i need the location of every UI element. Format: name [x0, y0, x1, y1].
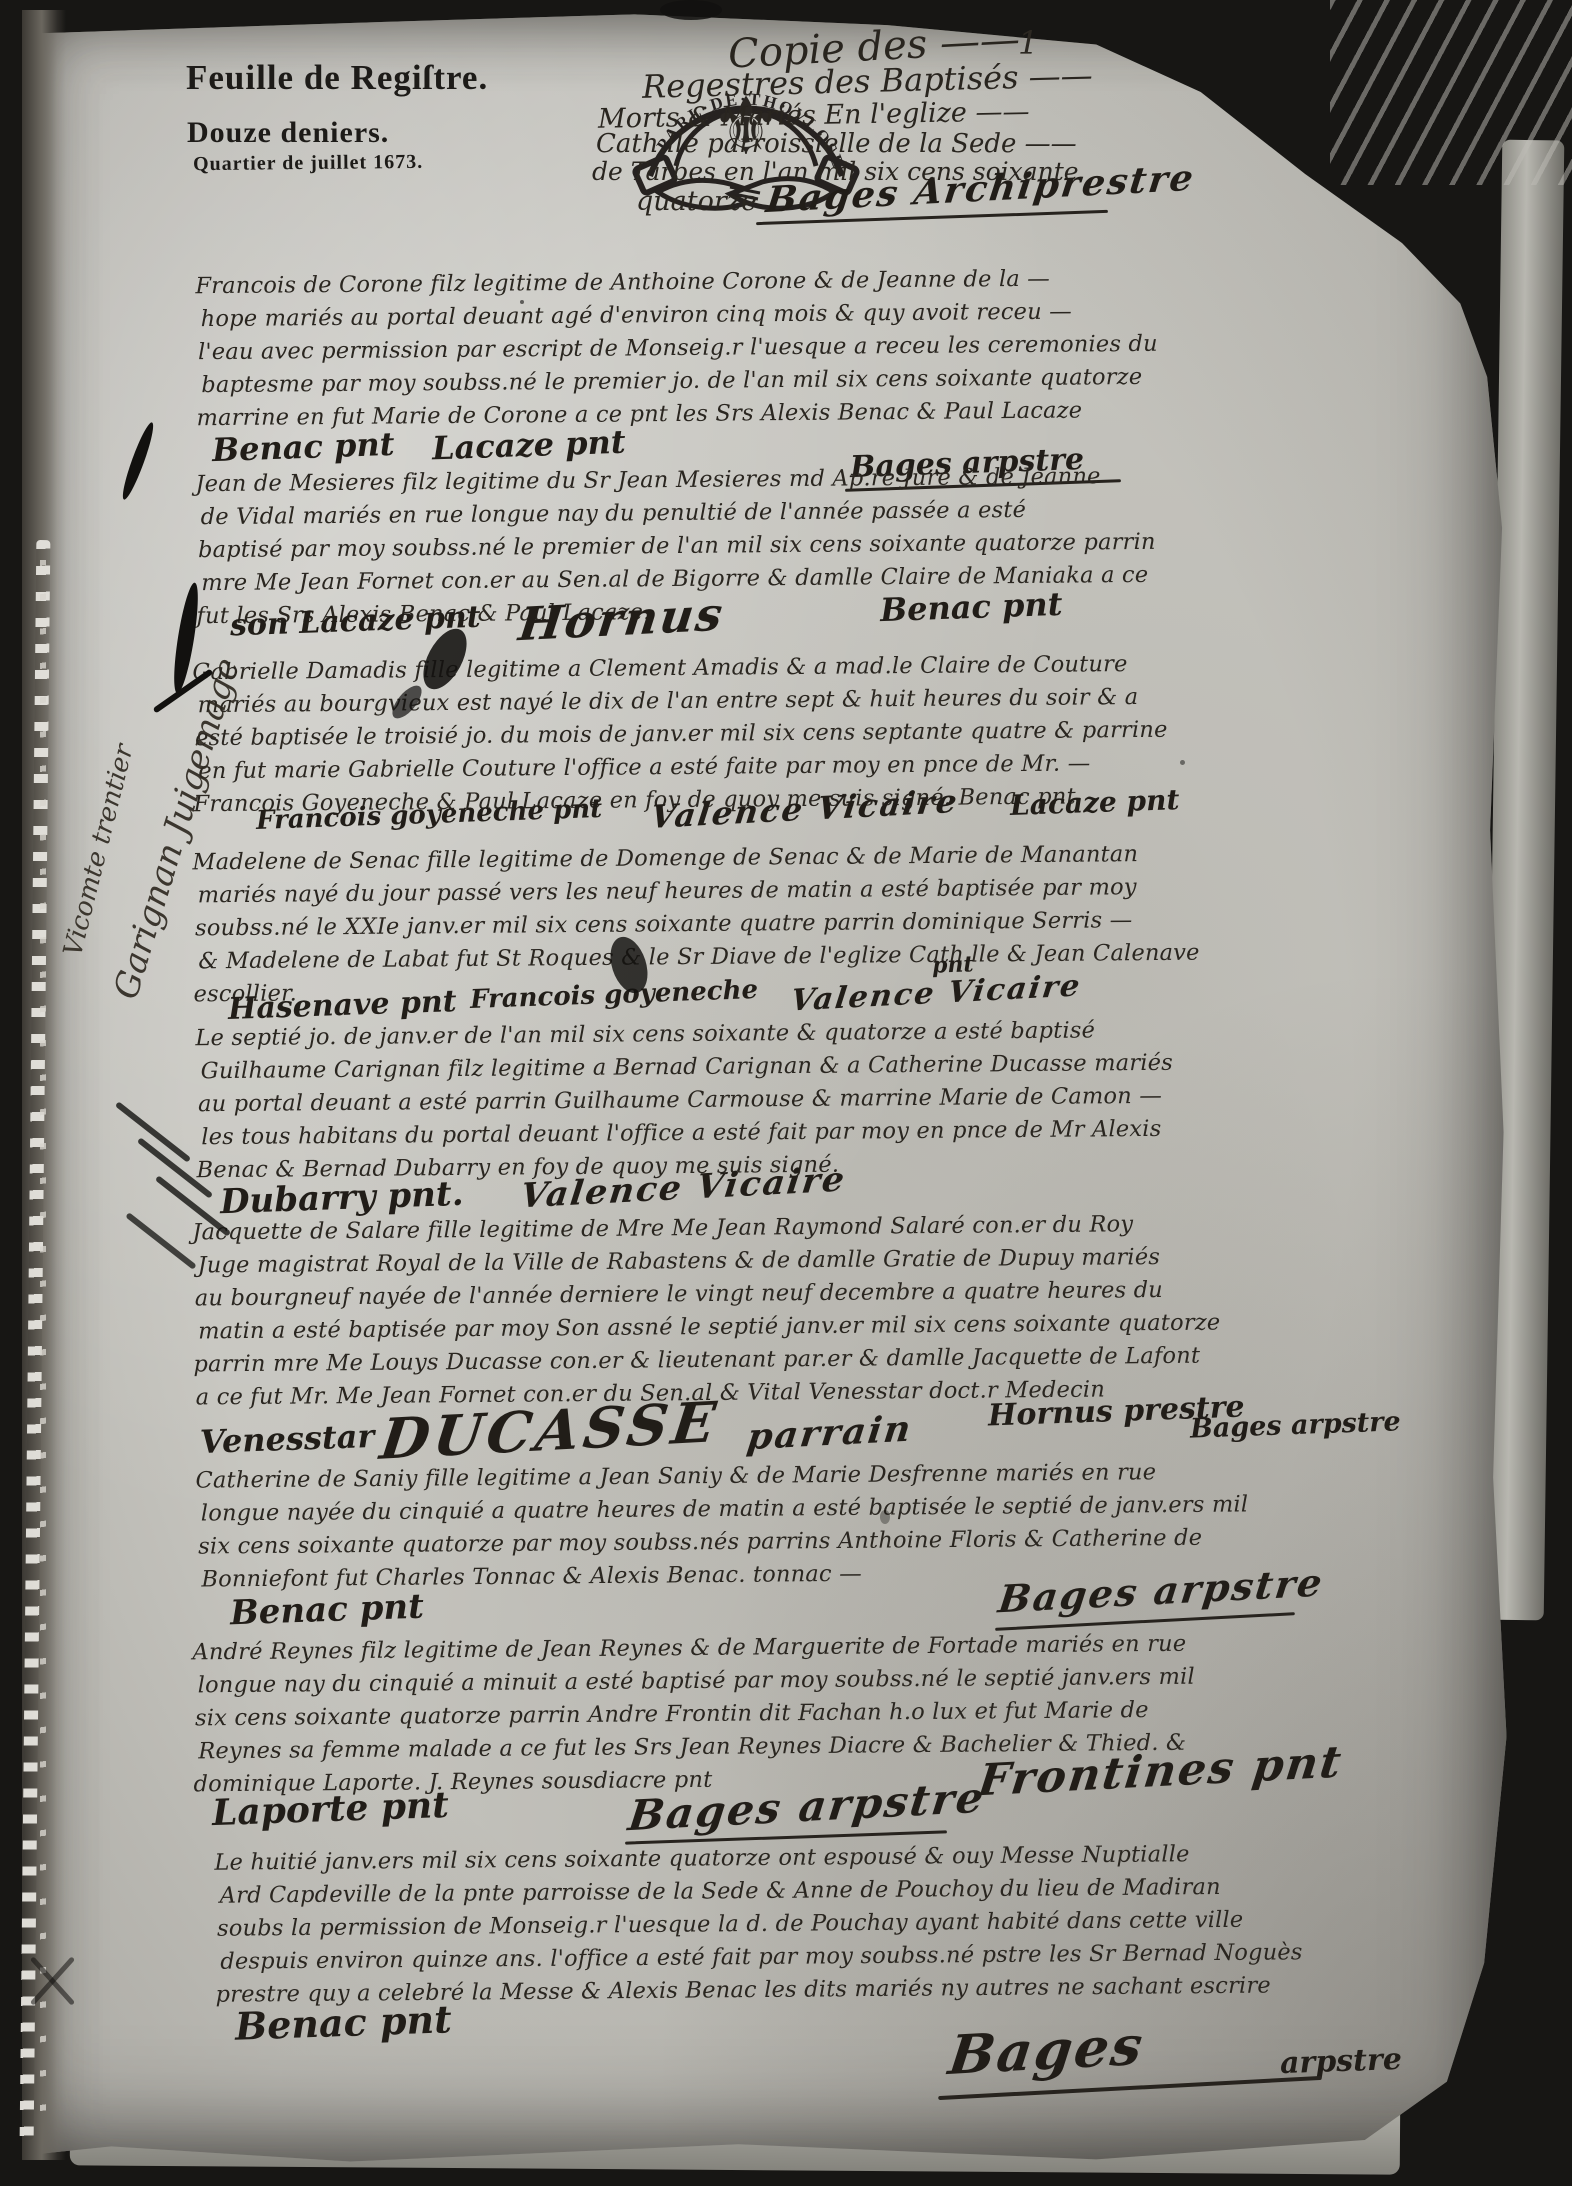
ink-speck	[880, 1510, 890, 1524]
signature: Benac pnt	[234, 1996, 452, 2049]
ink-speck	[1180, 760, 1185, 765]
signature: Benac pnt	[229, 1587, 424, 1634]
signature: pnt	[932, 951, 974, 978]
signature: Hornus	[516, 587, 727, 652]
signature: Venesstar	[199, 1417, 375, 1461]
page-title: Feuille de Regiſtre.	[186, 58, 488, 98]
signature: Lacaze pnt	[1009, 783, 1179, 822]
signature: Laporte pnt	[211, 1784, 449, 1834]
signature: parrain	[745, 1408, 915, 1459]
manuscript-scan: Feuille de Regiſtre. Douze deniers. Quar…	[0, 0, 1572, 2186]
hw-header-line: quatorze	[636, 186, 757, 217]
register-entry: Le huitié janv.ers mil six cens soixante…	[214, 1837, 1303, 2011]
signature: Benac pnt	[211, 425, 395, 469]
hw-header-line: Cath.lle parroissielle de la Sede ——	[596, 129, 1077, 159]
ink-smudge	[660, 0, 722, 20]
signature-bages-bottom: Bages	[945, 2013, 1148, 2087]
quarter-label: Quartier de juillet 1673.	[193, 151, 423, 176]
signature: arpstre	[1279, 2042, 1402, 2081]
page-number: 1	[1018, 24, 1038, 62]
binding-thread	[40, 560, 46, 2120]
signature: Lacaze pnt	[431, 423, 626, 468]
register-entry: Francois de Corone filz legitime de Anth…	[195, 262, 1158, 435]
ink-speck	[520, 300, 524, 304]
page-subtitle: Douze deniers.	[187, 116, 389, 150]
register-entry: Le septié jo. de janv.er de l'an mil six…	[195, 1014, 1174, 1188]
signature: Benac pnt	[879, 585, 1063, 629]
register-entry: Jacquette de Salare fille legitime de Mr…	[192, 1208, 1221, 1415]
corner-streaks	[1330, 0, 1572, 185]
